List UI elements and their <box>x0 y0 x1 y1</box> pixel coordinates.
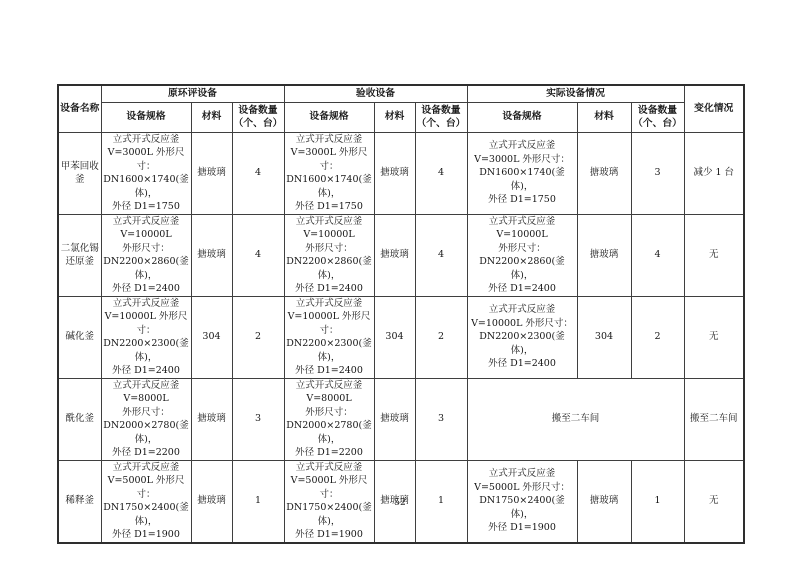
group-header-actual: 实际设备情况 <box>467 85 684 102</box>
acceptance-material-cell: 304 <box>374 296 415 378</box>
eia-spec-cell: 立式开式反应釜 V=3000L 外形尺寸： DN1600×1740(釜体)， 外… <box>101 132 191 214</box>
table-group-header-row: 设备名称 原环评设备 验收设备 实际设备情况 变化情况 <box>58 85 744 102</box>
actual-spec-cell: 立式开式反应釜 V=10000L 外形尺寸： DN2200×2300(釜体)， … <box>467 296 577 378</box>
acceptance-quantity-cell: 4 <box>415 214 467 296</box>
device-name-cell: 酰化釜 <box>58 378 101 460</box>
change-cell: 无 <box>684 214 744 296</box>
eia-spec-cell: 立式开式反应釜 V=10000L 外形尺寸： DN2200×2860(釜体)， … <box>101 214 191 296</box>
eia-spec-cell: 立式开式反应釜 V=10000L 外形尺寸： DN2200×2300(釜体)， … <box>101 296 191 378</box>
col-header-quantity-eia: 设备数量 （个、台） <box>232 102 284 132</box>
actual-material-cell: 搪玻璃 <box>577 214 631 296</box>
group-header-acceptance: 验收设备 <box>284 85 467 102</box>
col-header-material-acceptance: 材料 <box>374 102 415 132</box>
table-row: 碱化釜 立式开式反应釜 V=10000L 外形尺寸： DN2200×2300(釜… <box>58 296 744 378</box>
change-cell: 无 <box>684 296 744 378</box>
acceptance-material-cell: 搪玻璃 <box>374 132 415 214</box>
col-header-quantity-acceptance: 设备数量 （个、台） <box>415 102 467 132</box>
eia-material-cell: 搪玻璃 <box>191 378 232 460</box>
acceptance-material-cell: 搪玻璃 <box>374 378 415 460</box>
acceptance-spec-cell: 立式开式反应釜 V=8000L 外形尺寸： DN2000×2780(釜体)， 外… <box>284 378 374 460</box>
col-header-spec-acceptance: 设备规格 <box>284 102 374 132</box>
table-row: 酰化釜 立式开式反应釜 V=8000L 外形尺寸： DN2000×2780(釜体… <box>58 378 744 460</box>
eia-quantity-cell: 4 <box>232 214 284 296</box>
eia-material-cell: 搪玻璃 <box>191 132 232 214</box>
acceptance-quantity-cell: 4 <box>415 132 467 214</box>
eia-material-cell: 304 <box>191 296 232 378</box>
actual-material-cell: 搪玻璃 <box>577 132 631 214</box>
document-page: 设备名称 原环评设备 验收设备 实际设备情况 变化情况 设备规格 材料 设备数量… <box>0 0 800 565</box>
equipment-comparison-table: 设备名称 原环评设备 验收设备 实际设备情况 变化情况 设备规格 材料 设备数量… <box>57 84 745 544</box>
acceptance-quantity-cell: 3 <box>415 378 467 460</box>
acceptance-material-cell: 搪玻璃 <box>374 214 415 296</box>
actual-quantity-cell: 2 <box>631 296 684 378</box>
table-row: 甲苯回收 釜 立式开式反应釜 V=3000L 外形尺寸： DN1600×1740… <box>58 132 744 214</box>
col-header-quantity-actual: 设备数量 （个、台） <box>631 102 684 132</box>
col-header-material-eia: 材料 <box>191 102 232 132</box>
device-name-cell: 二氯化锡 还原釜 <box>58 214 101 296</box>
acceptance-spec-cell: 立式开式反应釜 V=10000L 外形尺寸： DN2200×2860(釜体)， … <box>284 214 374 296</box>
acceptance-quantity-cell: 2 <box>415 296 467 378</box>
col-header-device-name: 设备名称 <box>58 85 101 132</box>
acceptance-spec-cell: 立式开式反应釜 V=3000L 外形尺寸： DN1600×1740(釜体)， 外… <box>284 132 374 214</box>
actual-quantity-cell: 4 <box>631 214 684 296</box>
actual-merged-cell: 搬至二车间 <box>467 378 684 460</box>
actual-spec-cell: 立式开式反应釜 V=10000L 外形尺寸： DN2200×2860(釜体)， … <box>467 214 577 296</box>
eia-quantity-cell: 3 <box>232 378 284 460</box>
device-name-cell: 碱化釜 <box>58 296 101 378</box>
actual-quantity-cell: 3 <box>631 132 684 214</box>
page-number: 52 <box>0 498 800 508</box>
eia-quantity-cell: 4 <box>232 132 284 214</box>
table-sub-header-row: 设备规格 材料 设备数量 （个、台） 设备规格 材料 设备数量 （个、台） 设备… <box>58 102 744 132</box>
table-row: 二氯化锡 还原釜 立式开式反应釜 V=10000L 外形尺寸： DN2200×2… <box>58 214 744 296</box>
acceptance-spec-cell: 立式开式反应釜 V=10000L 外形尺寸： DN2200×2300(釜体)， … <box>284 296 374 378</box>
actual-material-cell: 304 <box>577 296 631 378</box>
eia-spec-cell: 立式开式反应釜 V=8000L 外形尺寸： DN2000×2780(釜体)， 外… <box>101 378 191 460</box>
col-header-change: 变化情况 <box>684 85 744 132</box>
eia-material-cell: 搪玻璃 <box>191 214 232 296</box>
eia-quantity-cell: 2 <box>232 296 284 378</box>
col-header-spec-actual: 设备规格 <box>467 102 577 132</box>
change-cell: 搬至二车间 <box>684 378 744 460</box>
col-header-spec-eia: 设备规格 <box>101 102 191 132</box>
device-name-cell: 甲苯回收 釜 <box>58 132 101 214</box>
group-header-eia: 原环评设备 <box>101 85 284 102</box>
col-header-material-actual: 材料 <box>577 102 631 132</box>
actual-spec-cell: 立式开式反应釜 V=3000L 外形尺寸： DN1600×1740(釜体)， 外… <box>467 132 577 214</box>
change-cell: 减少 1 台 <box>684 132 744 214</box>
